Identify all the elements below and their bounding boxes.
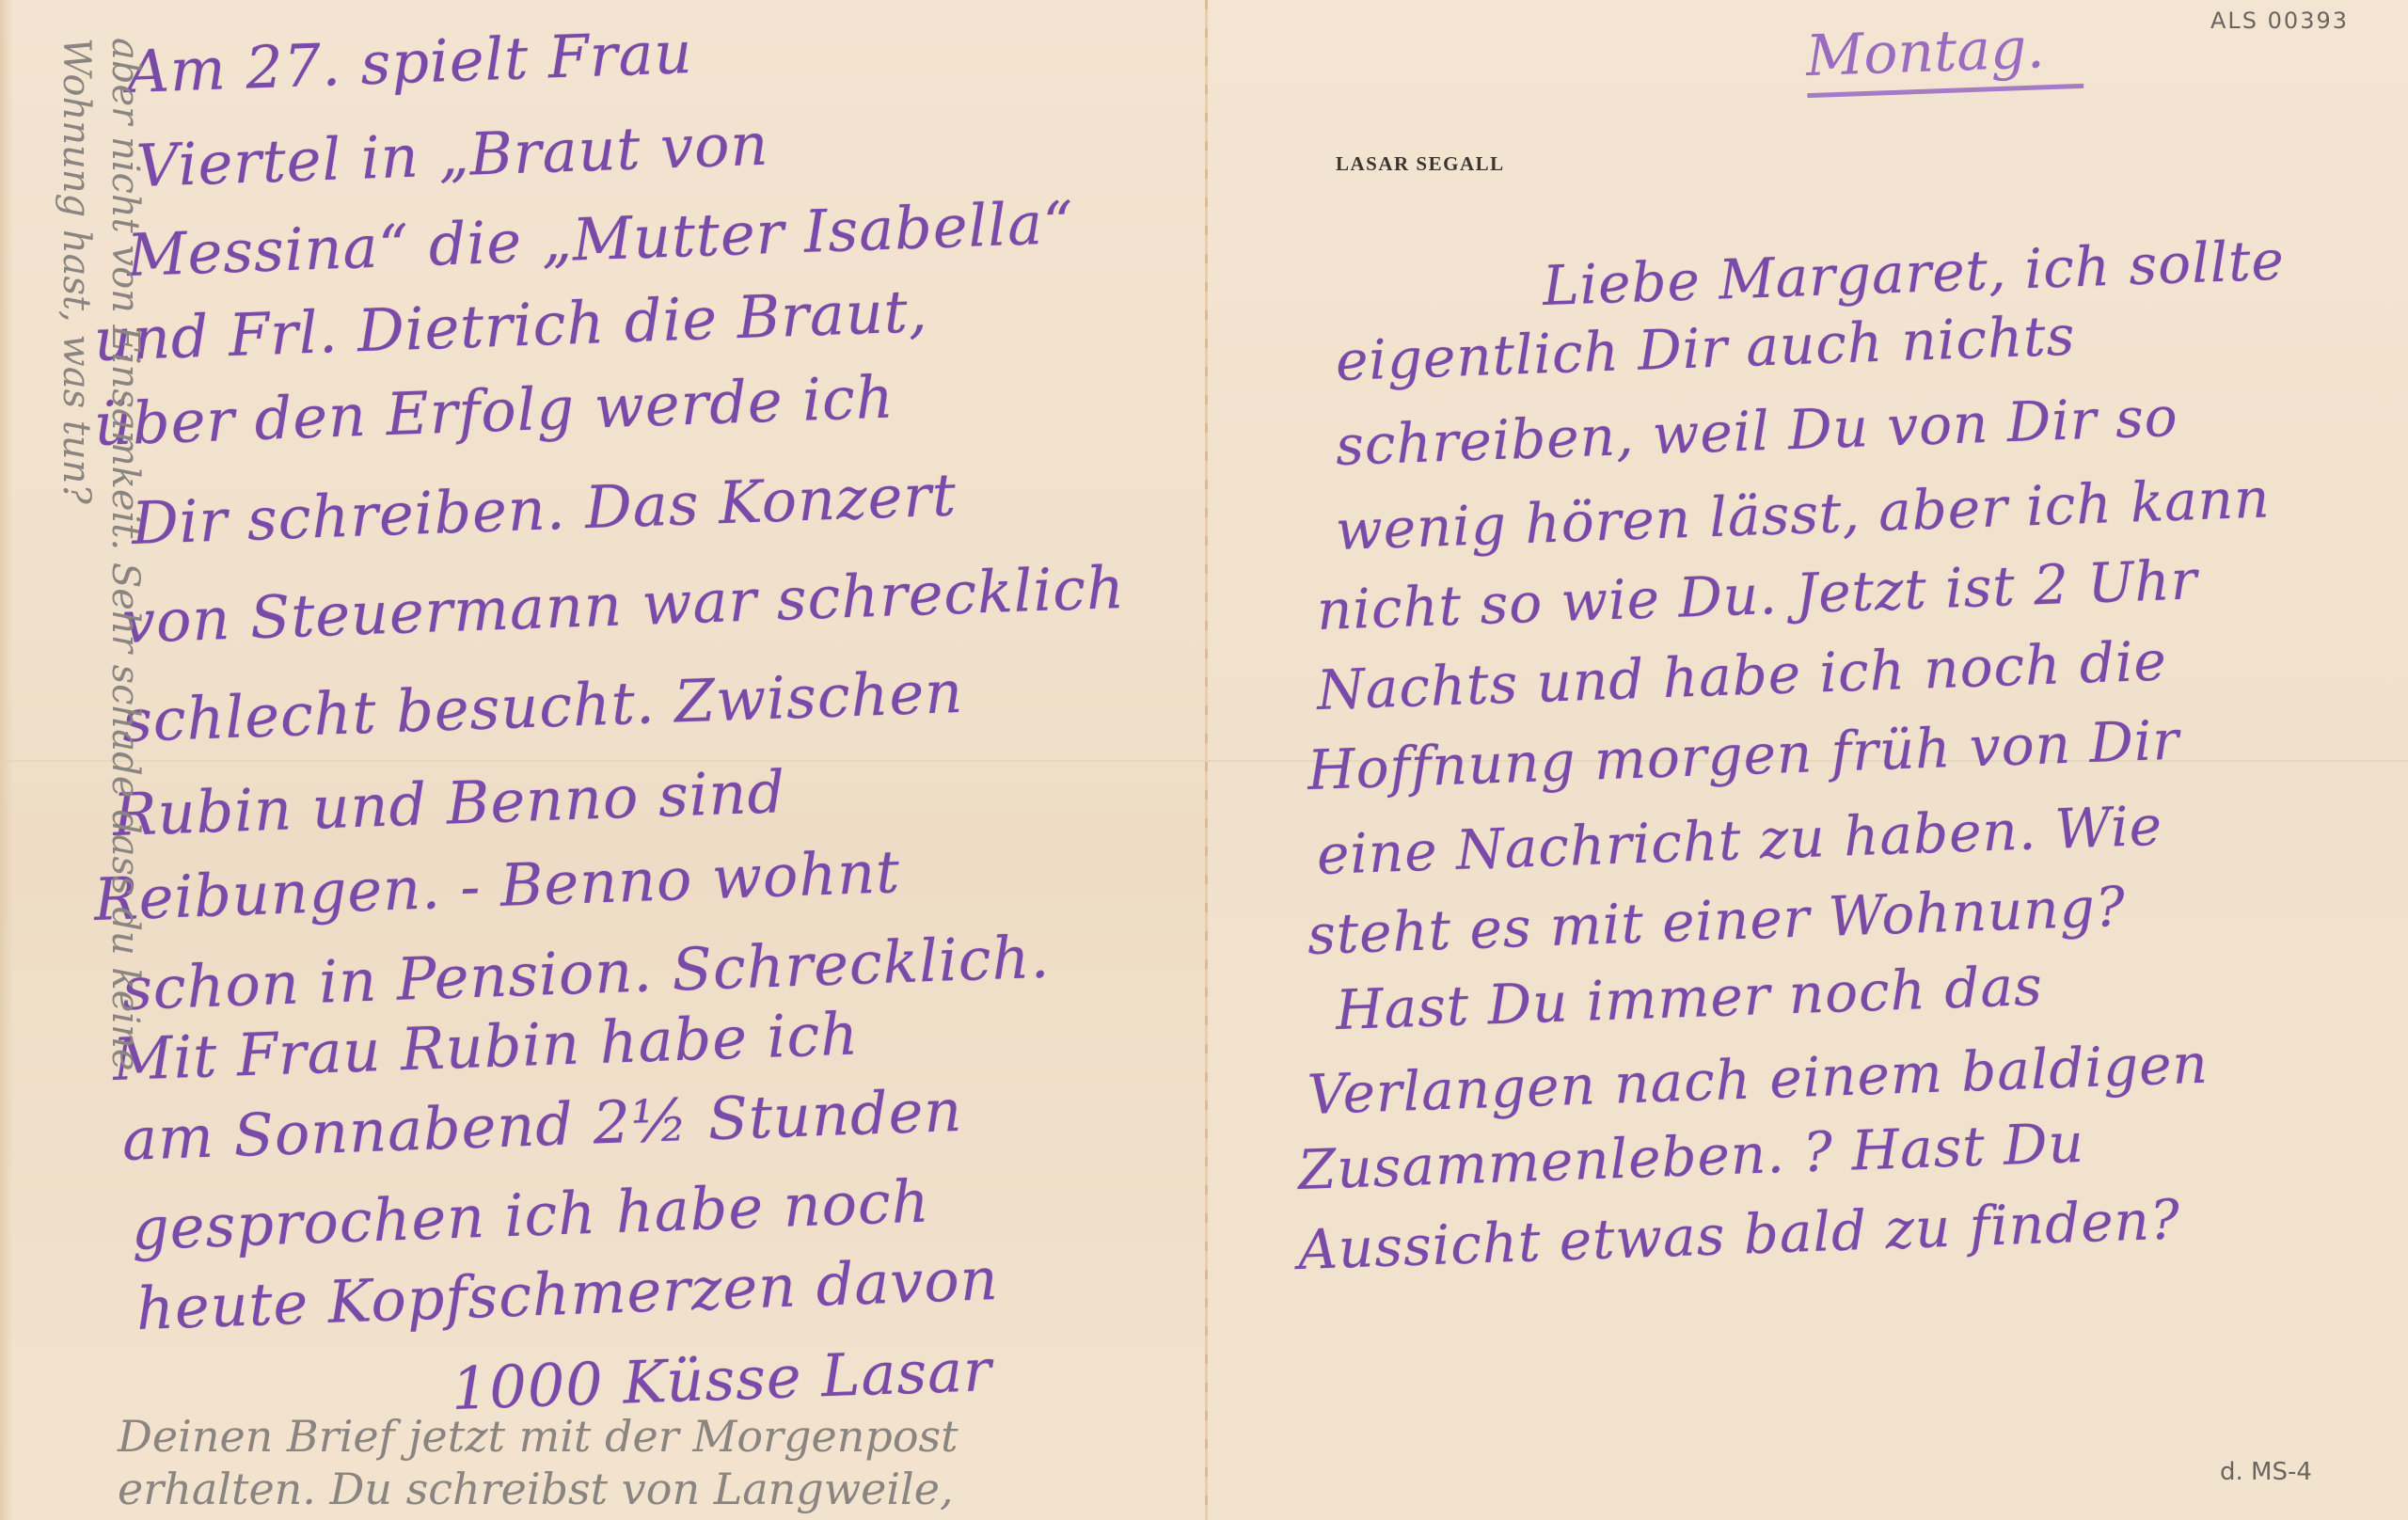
bottom-pencil-note-line: erhalten. Du schreibst von Langweile, (118, 1464, 954, 1514)
letterhead: LASAR SEGALL (1336, 152, 1505, 176)
margin-note-line: Wohnung hast, was tun? (55, 38, 98, 1071)
archive-id: ALS 00393 (2210, 8, 2349, 34)
margin-note-line: aber nicht von Einsamkeit. Sehr schade d… (103, 38, 147, 1071)
letter-date: Montag. (1805, 14, 2083, 98)
shelfmark: d. MS-4 (2220, 1458, 2312, 1486)
margin-pencil-note: aber nicht von Einsamkeit. Sehr schade d… (55, 38, 147, 1071)
bottom-pencil-note-line: Deinen Brief jetzt mit der Morgenpost (118, 1411, 958, 1462)
